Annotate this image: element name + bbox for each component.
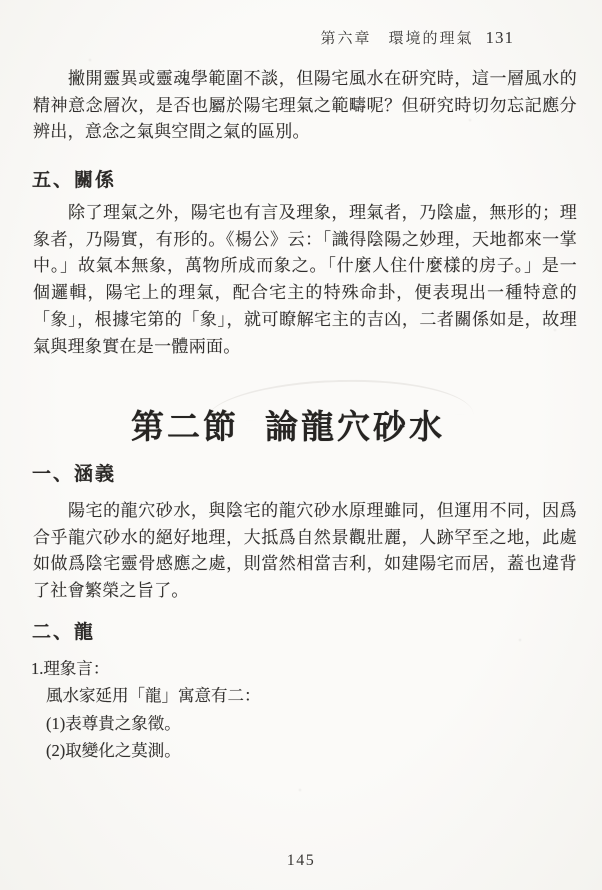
section-title-number: 第二節 xyxy=(131,410,239,446)
paragraph-meaning: 陽宅的龍穴砂水，與陰宅的龍穴砂水原理雖同，但運用不同，因爲合乎龍穴砂水的絕好地理… xyxy=(33,498,577,605)
heading-dragon: 二、龍 xyxy=(32,617,95,644)
paragraph-relation: 除了理氣之外，陽宅也有言及理象，理氣者，乃陰虛，無形的；理象者，乃陽實，有形的。… xyxy=(33,200,577,360)
running-header-chapter: 第六章 xyxy=(320,31,371,47)
running-header: 第六章環境的理氣131 xyxy=(320,27,514,48)
section-title-text: 論龍穴砂水 xyxy=(265,410,445,446)
paragraph-intro: 撇開靈異或靈魂學範圍不談，但陽宅風水在研究時，這一層風水的精神意念層次，是否也屬… xyxy=(33,66,577,146)
list-item-1: (1)表尊貴之象徵。 xyxy=(31,710,571,737)
running-header-section: 環境的理氣 xyxy=(388,31,473,47)
list-item-head: 1.理象言： xyxy=(31,655,571,682)
list-item-2: (2)取變化之莫測。 xyxy=(31,737,571,764)
page-number: 145 xyxy=(0,852,602,870)
heading-relation: 五、關係 xyxy=(32,165,116,192)
section-title: 第二節論龍穴砂水 xyxy=(0,401,576,448)
dragon-meaning-list: 1.理象言： 風水家延用「龍」寓意有二： (1)表尊貴之象徵。 (2)取變化之莫… xyxy=(31,655,571,765)
list-item-intro: 風水家延用「龍」寓意有二： xyxy=(31,682,571,709)
running-header-page-number: 131 xyxy=(486,28,515,47)
heading-meaning: 一、涵義 xyxy=(32,459,116,486)
book-page: 第六章環境的理氣131 撇開靈異或靈魂學範圍不談，但陽宅風水在研究時，這一層風水… xyxy=(0,0,602,890)
